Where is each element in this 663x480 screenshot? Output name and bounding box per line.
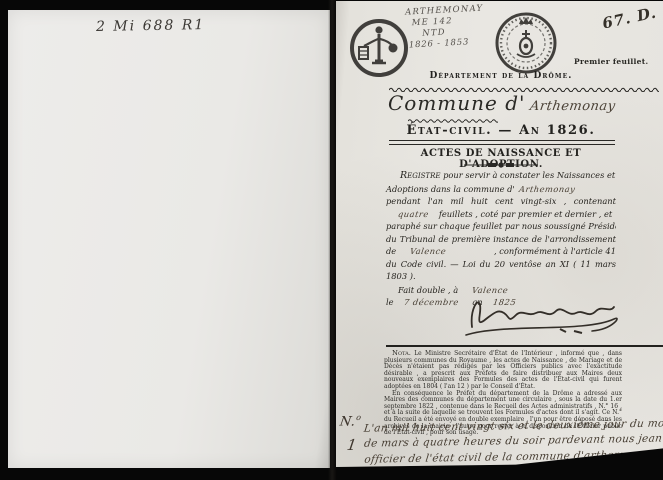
figure-seal-stamp-icon: [348, 17, 410, 79]
department-header: Département de la Drôme.: [386, 71, 616, 81]
handwritten-count: quatre: [397, 208, 430, 221]
commune-line: Commune d'Arthemonay: [388, 91, 648, 115]
commune-handwritten-value: Arthemonay: [528, 99, 616, 114]
act-number-value: 1: [346, 436, 359, 454]
etat-civil-heading: État-civil. — An 1826.: [386, 123, 616, 138]
handwritten-arrondissement: Valence: [409, 245, 447, 258]
crowned-seal-stamp-icon: [493, 10, 559, 76]
archival-code: 2 Mi 688 R1: [96, 17, 206, 35]
register-line: paraphé sur chaque feuillet par nous sou…: [386, 220, 616, 233]
register-line: quatre feuillets , coté par premier et d…: [386, 208, 616, 221]
book-spine: [328, 0, 337, 480]
ornament-divider: [464, 161, 538, 169]
commune-printed-label: Commune d': [388, 91, 526, 115]
register-line: pendant l'an mil huit cent vingt-six , c…: [386, 195, 616, 208]
register-line: du Tribunal de première instance de l'ar…: [386, 233, 616, 246]
pencil-annotation: ARTHEMONAY ME 142 NTD 1826 - 1853: [405, 2, 507, 51]
nota-paragraph-1: Nota. Le Ministre Secrétaire d'État de l…: [384, 350, 622, 391]
register-line: 1803 ).: [386, 270, 616, 283]
act-number-label: N.o: [339, 413, 362, 429]
register-line: de Valence , conformément à l'article 41: [386, 245, 616, 258]
premier-feuillet-label: Premier feuillet.: [574, 57, 648, 66]
register-line: Registre pour servir à constater les Nai…: [386, 169, 616, 183]
left-page: 2 Mi 688 R1: [8, 10, 330, 468]
handwritten-commune: Arthemonay: [518, 183, 576, 196]
double-rule-divider: [389, 140, 615, 145]
register-line: du Code civil. — Loi du 20 ventôse an XI…: [386, 258, 616, 271]
corner-number: 67. D.: [601, 3, 659, 32]
signature-flourish: [464, 289, 644, 339]
right-page: ARTHEMONAY ME 142 NTD 1826 - 1853 67. D.…: [336, 1, 663, 467]
nota-rule: [386, 345, 663, 347]
register-line: Adoptions dans la commune d' Arthemonay: [386, 183, 616, 196]
handwritten-date: 7 décembre: [403, 296, 460, 309]
act-handwriting: L'an mil huit cent vingt six et le deuxi…: [364, 416, 663, 467]
register-paragraph: Registre pour servir à constater les Nai…: [386, 169, 616, 309]
